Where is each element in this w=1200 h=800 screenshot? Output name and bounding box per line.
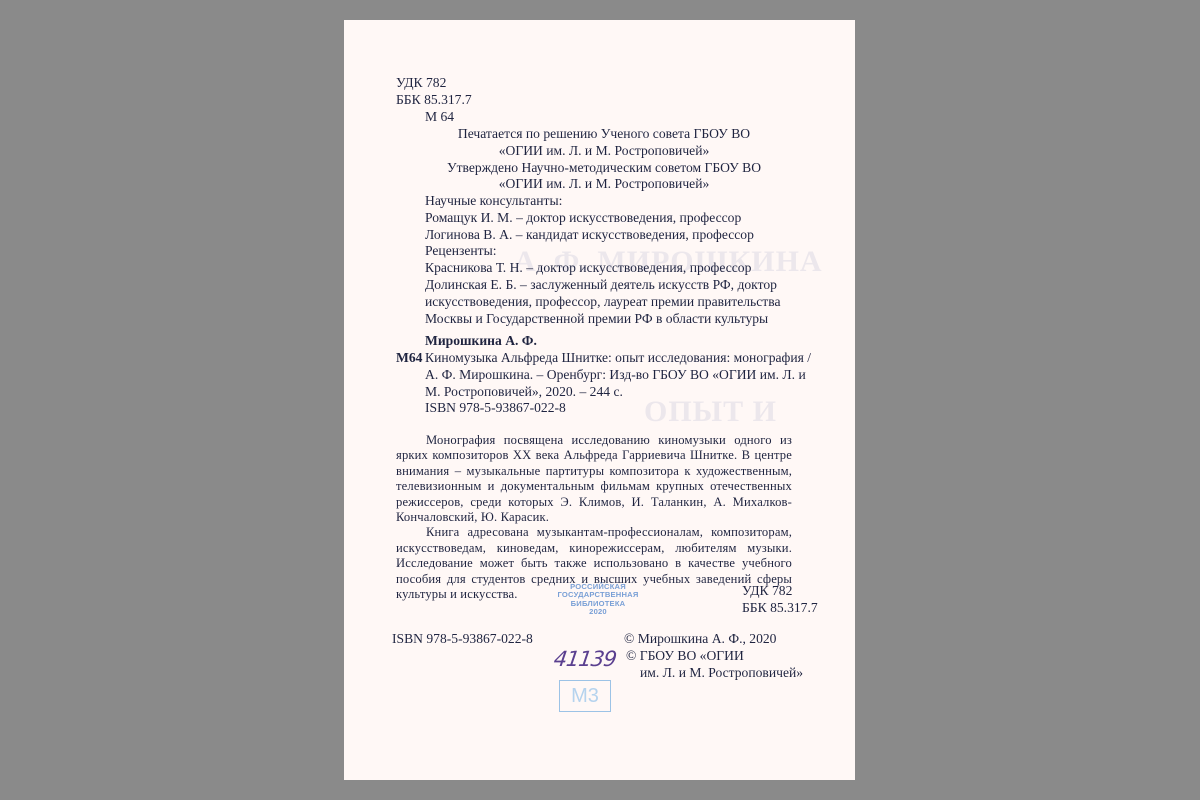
approval-line: Печатается по решению Ученого совета ГБО… bbox=[404, 126, 804, 143]
stamp-line: 2020 bbox=[543, 608, 653, 616]
consultant-item: Ромащук И. М. – доктор искусствоведения,… bbox=[425, 210, 781, 227]
isbn: ISBN 978-5-93867-022-8 bbox=[392, 631, 533, 648]
bib-line: М. Ростроповичей», 2020. – 244 с. bbox=[425, 384, 811, 401]
bib-author: Мирошкина А. Ф. bbox=[425, 333, 537, 350]
abstract: Монография посвящена исследованию киному… bbox=[396, 433, 792, 602]
bib-mark: М64 bbox=[396, 350, 422, 367]
bib-line: Киномузыка Альфреда Шнитке: опыт исследо… bbox=[425, 350, 811, 367]
abstract-paragraph: Монография посвящена исследованию киному… bbox=[396, 433, 792, 525]
copyright-line: им. Л. и М. Ростроповичей» bbox=[640, 665, 803, 682]
library-stamp: РОССИЙСКАЯ ГОСУДАРСТВЕННАЯ БИБЛИОТЕКА 20… bbox=[543, 583, 653, 617]
footer-udk: УДК 782 bbox=[742, 583, 792, 600]
copyright-line: © ГБОУ ВО «ОГИИ bbox=[626, 648, 744, 665]
approval-line: Утверждено Научно-методическим советом Г… bbox=[404, 160, 804, 177]
bbk-code: ББК 85.317.7 bbox=[396, 92, 472, 109]
footer-bbk: ББК 85.317.7 bbox=[742, 600, 818, 617]
consultant-item: Логинова В. А. – кандидат искусствоведен… bbox=[425, 227, 781, 244]
handwritten-number: 41139 bbox=[552, 647, 617, 671]
approval-line: «ОГИИ им. Л. и М. Ростроповичей» bbox=[404, 143, 804, 160]
reviewer-item: Красникова Т. Н. – доктор искусствоведен… bbox=[425, 260, 781, 277]
approval-line: «ОГИИ им. Л. и М. Ростроповичей» bbox=[404, 176, 804, 193]
bib-line: А. Ф. Мирошкина. – Оренбург: Изд-во ГБОУ… bbox=[425, 367, 811, 384]
copyright-line: © Мирошкина А. Ф., 2020 bbox=[624, 631, 776, 648]
consultants-heading: Научные консультанты: bbox=[425, 193, 781, 210]
reviewer-item: Москвы и Государственной премии РФ в обл… bbox=[425, 311, 781, 328]
approval-block: Печатается по решению Ученого совета ГБО… bbox=[404, 126, 804, 193]
bib-record: Киномузыка Альфреда Шнитке: опыт исследо… bbox=[425, 350, 811, 417]
reviewer-item: искусствоведения, профессор, лауреат пре… bbox=[425, 294, 781, 311]
book-page: А. Ф. МИРОШКИНА ОПЫТ И УДК 782 ББК 85.31… bbox=[344, 20, 855, 780]
bib-isbn: ISBN 978-5-93867-022-8 bbox=[425, 400, 811, 417]
reviewer-item: Долинская Е. Б. – заслуженный деятель ис… bbox=[425, 277, 781, 294]
inventory-stamp: М3 bbox=[559, 680, 611, 712]
consultants-block: Научные консультанты: Ромащук И. М. – до… bbox=[425, 193, 781, 327]
udk-code: УДК 782 bbox=[396, 75, 446, 92]
reviewers-heading: Рецензенты: bbox=[425, 243, 781, 260]
author-mark: М 64 bbox=[425, 109, 454, 126]
